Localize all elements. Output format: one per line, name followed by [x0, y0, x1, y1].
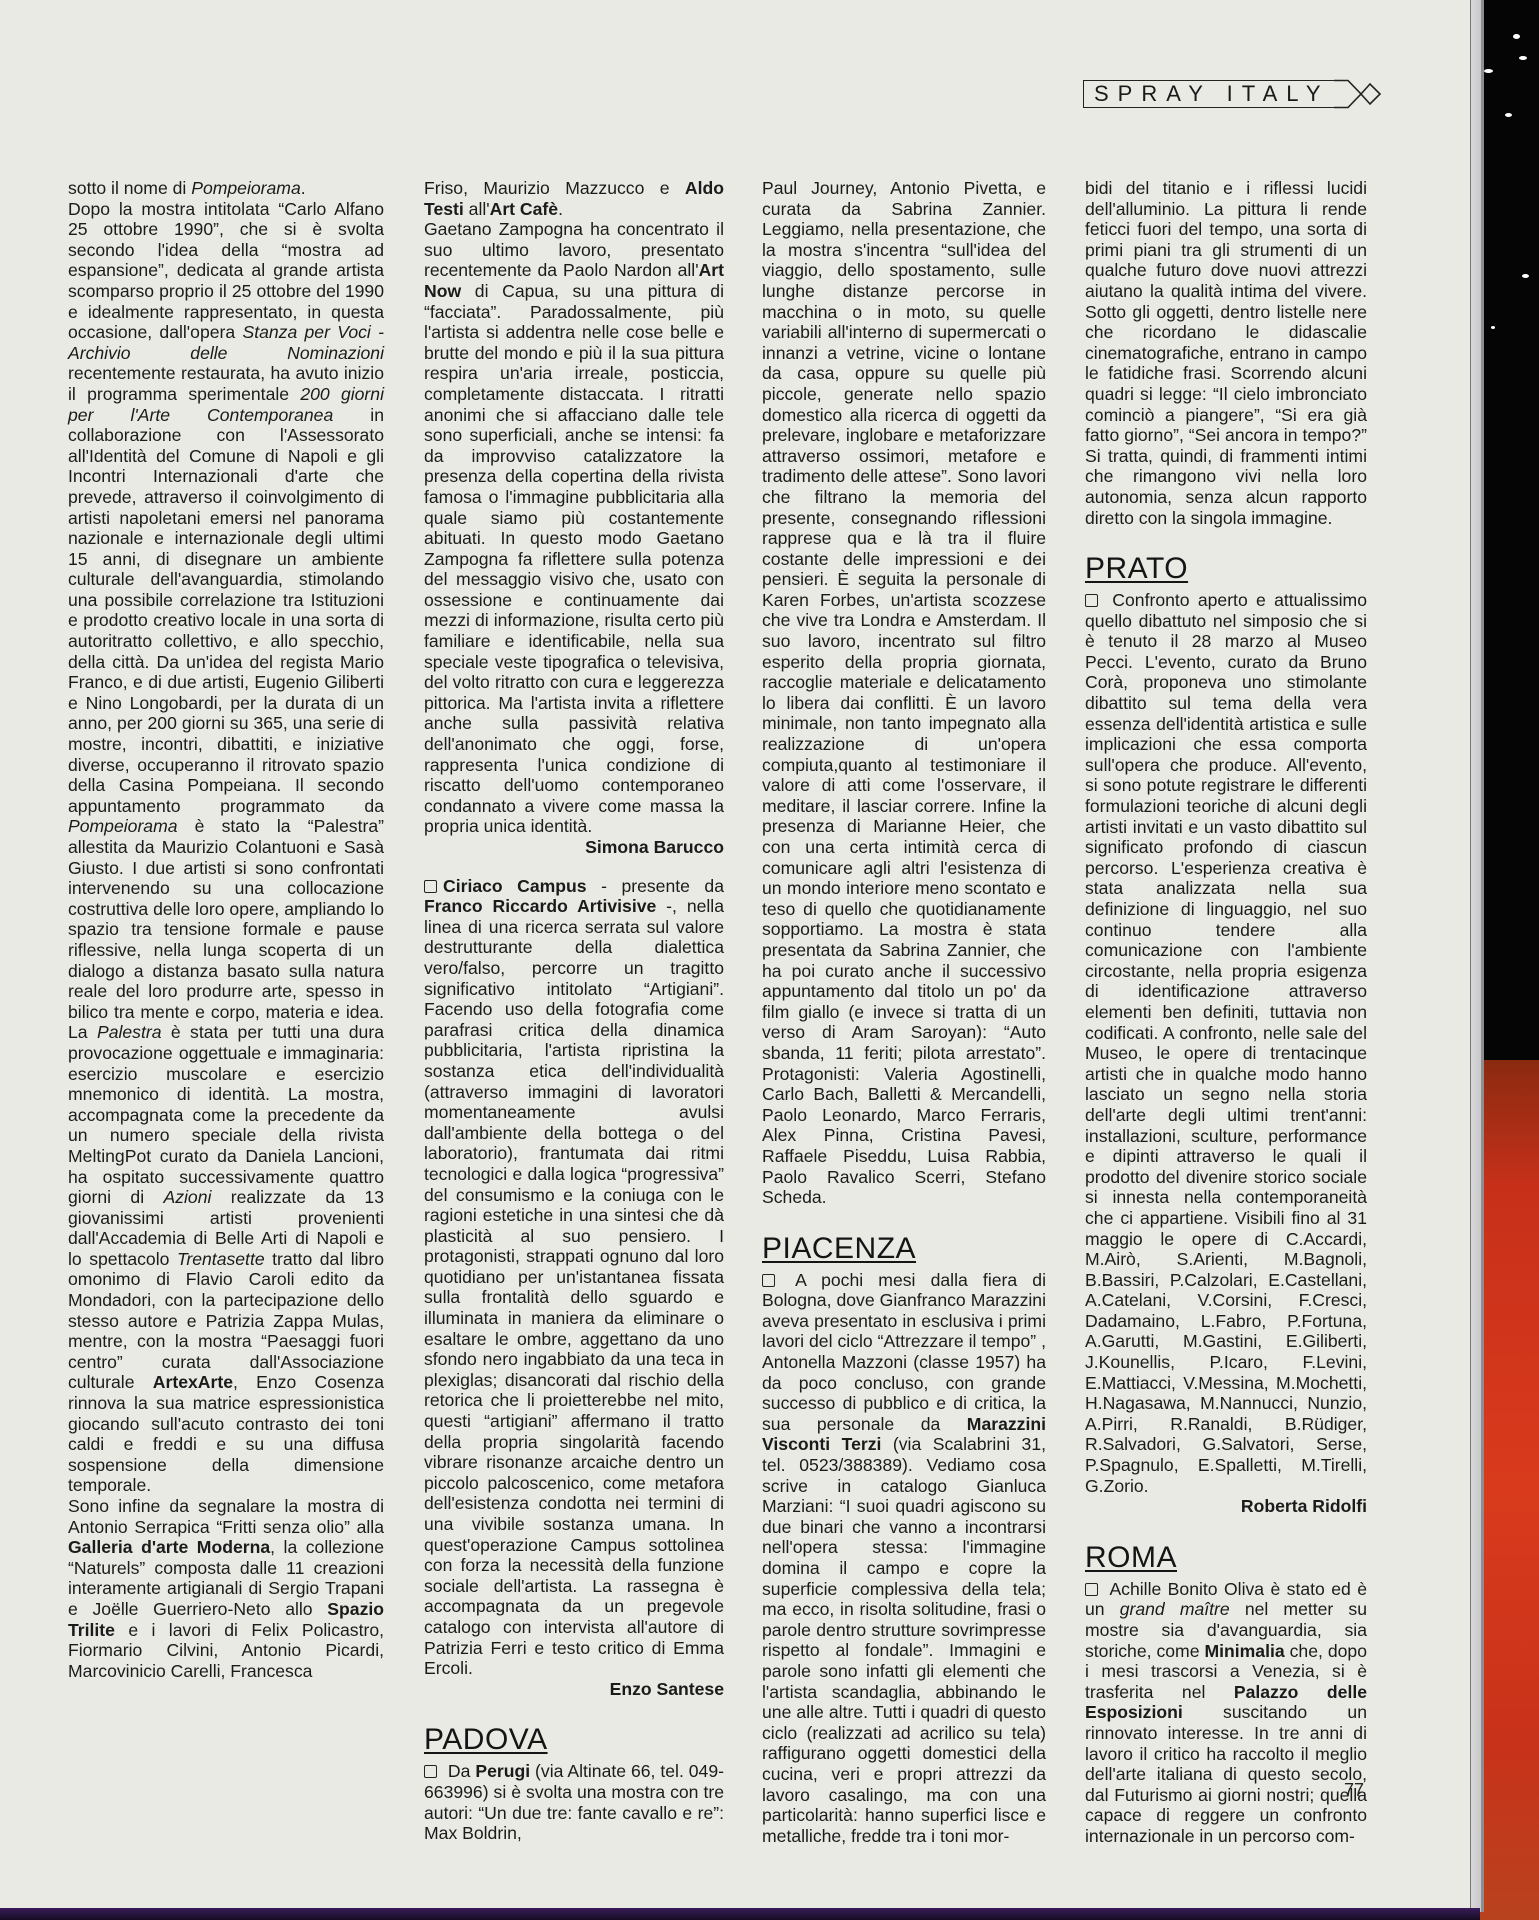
column-4: bidi del titanio e i riflessi lucidi del… [1085, 178, 1367, 1847]
exhibition-name: Minimalia [1204, 1641, 1284, 1661]
author-signature: Roberta Ridolfi [1085, 1496, 1367, 1517]
column-3: Paul Journey, Antonio Pivetta, e curata … [762, 178, 1046, 1846]
text: . [301, 178, 306, 198]
text: Confronto aperto e attualissimo quello d… [1085, 590, 1367, 1496]
section-tag-label: SPRAY ITALY [1083, 80, 1334, 108]
column-1: sotto il nome di Pompeiorama. Dopo la mo… [68, 178, 384, 1681]
text: Da [443, 1761, 475, 1781]
background-star [1484, 69, 1493, 73]
paragraph: A pochi mesi dalla fiera di Bologna, dov… [762, 1270, 1046, 1847]
paragraph: Da Perugi (via Altinate 66, tel. 049-663… [424, 1761, 724, 1843]
text: Gaetano Zampogna ha concentrato il suo u… [424, 219, 724, 280]
text: è stato la “Palestra” allestita da Mauri… [68, 816, 384, 1042]
venue-name: Art Cafè [490, 199, 558, 219]
italic-title: Azioni [163, 1187, 211, 1207]
paragraph: Ciriaco Campus - presente da Franco Ricc… [424, 876, 724, 1679]
background-star [1491, 326, 1495, 329]
venue-name: ArtexArte [153, 1372, 233, 1392]
text: suscitando un rinnovato interesse. In tr… [1085, 1702, 1367, 1846]
author-signature: Enzo Santese [424, 1679, 724, 1700]
text: . [558, 199, 563, 219]
page-edge [1470, 0, 1481, 1912]
square-bullet-icon [762, 1274, 775, 1287]
text: -, nella linea di una ricerca serrata su… [424, 896, 724, 1678]
artist-name: Ciriaco Campus [443, 876, 587, 896]
paragraph: Confronto aperto e attualissimo quello d… [1085, 590, 1367, 1496]
text: Friso, Maurizio Mazzucco e [424, 178, 685, 198]
text: Sono infine da segnalare la mostra di An… [68, 1496, 384, 1537]
venue-name: Franco Riccardo Artivisive [424, 896, 656, 916]
paragraph: Friso, Maurizio Mazzucco e Aldo Testi al… [424, 178, 724, 219]
author-signature: Simona Barucco [424, 837, 724, 858]
text: - presente da [587, 876, 724, 896]
square-bullet-icon [1085, 1583, 1098, 1596]
square-bullet-icon [424, 880, 437, 893]
text: è stata per tutti una dura provocazione … [68, 1022, 384, 1207]
text: (via Scalabrini 31, tel. 0523/388389). V… [762, 1434, 1046, 1845]
square-bullet-icon [424, 1765, 437, 1778]
region-heading-piacenza: PIACENZA [762, 1232, 1046, 1266]
paragraph: sotto il nome di Pompeiorama. [68, 178, 384, 199]
background-star [1519, 56, 1527, 60]
page-bottom-edge [0, 1908, 1480, 1920]
paragraph: Gaetano Zampogna ha concentrato il suo u… [424, 219, 724, 837]
region-heading-padova: PADOVA [424, 1723, 724, 1757]
venue-name: Galleria d'arte Moderna [68, 1537, 270, 1557]
arrow-diamond-icon [1334, 79, 1384, 109]
italic-title: Pompeiorama [68, 816, 178, 836]
italic-phrase: grand maître [1120, 1599, 1230, 1619]
text: Dopo la mostra intitolata “Carlo Alfano … [68, 199, 384, 343]
section-tag: SPRAY ITALY [1083, 80, 1384, 108]
text: sotto il nome di [68, 178, 191, 198]
italic-title: Trentasette [177, 1249, 265, 1269]
background-star [1505, 113, 1512, 117]
page-number: 77 [1344, 1780, 1364, 1801]
paragraph: Dopo la mostra intitolata “Carlo Alfano … [68, 199, 384, 1496]
paragraph: Paul Journey, Antonio Pivetta, e curata … [762, 178, 1046, 1208]
text: e i lavori di Felix Policastro, Fiormari… [68, 1620, 384, 1681]
region-heading-prato: PRATO [1085, 552, 1367, 586]
square-bullet-icon [1085, 594, 1098, 607]
text: all' [464, 199, 490, 219]
column-2: Friso, Maurizio Mazzucco e Aldo Testi al… [424, 178, 724, 1844]
text: in collaborazione con l'Assessorato all'… [68, 405, 384, 816]
paragraph: Achille Bonito Oliva è stato ed è un gra… [1085, 1579, 1367, 1847]
paragraph: Sono infine da segnalare la mostra di An… [68, 1496, 384, 1681]
text: A pochi mesi dalla fiera di Bologna, dov… [762, 1270, 1046, 1434]
text: di Capua, su una pittura di “facciata”. … [424, 281, 724, 836]
region-heading-roma: ROMA [1085, 1541, 1367, 1575]
italic-title: Pompeiorama [191, 178, 301, 198]
background-star [1513, 34, 1520, 39]
venue-name: Perugi [475, 1761, 530, 1781]
text: tratto dal libro omonimo di Flavio Carol… [68, 1249, 384, 1393]
paragraph: bidi del titanio e i riflessi lucidi del… [1085, 178, 1367, 528]
background-star [1522, 274, 1529, 278]
italic-title: Palestra [97, 1022, 162, 1042]
